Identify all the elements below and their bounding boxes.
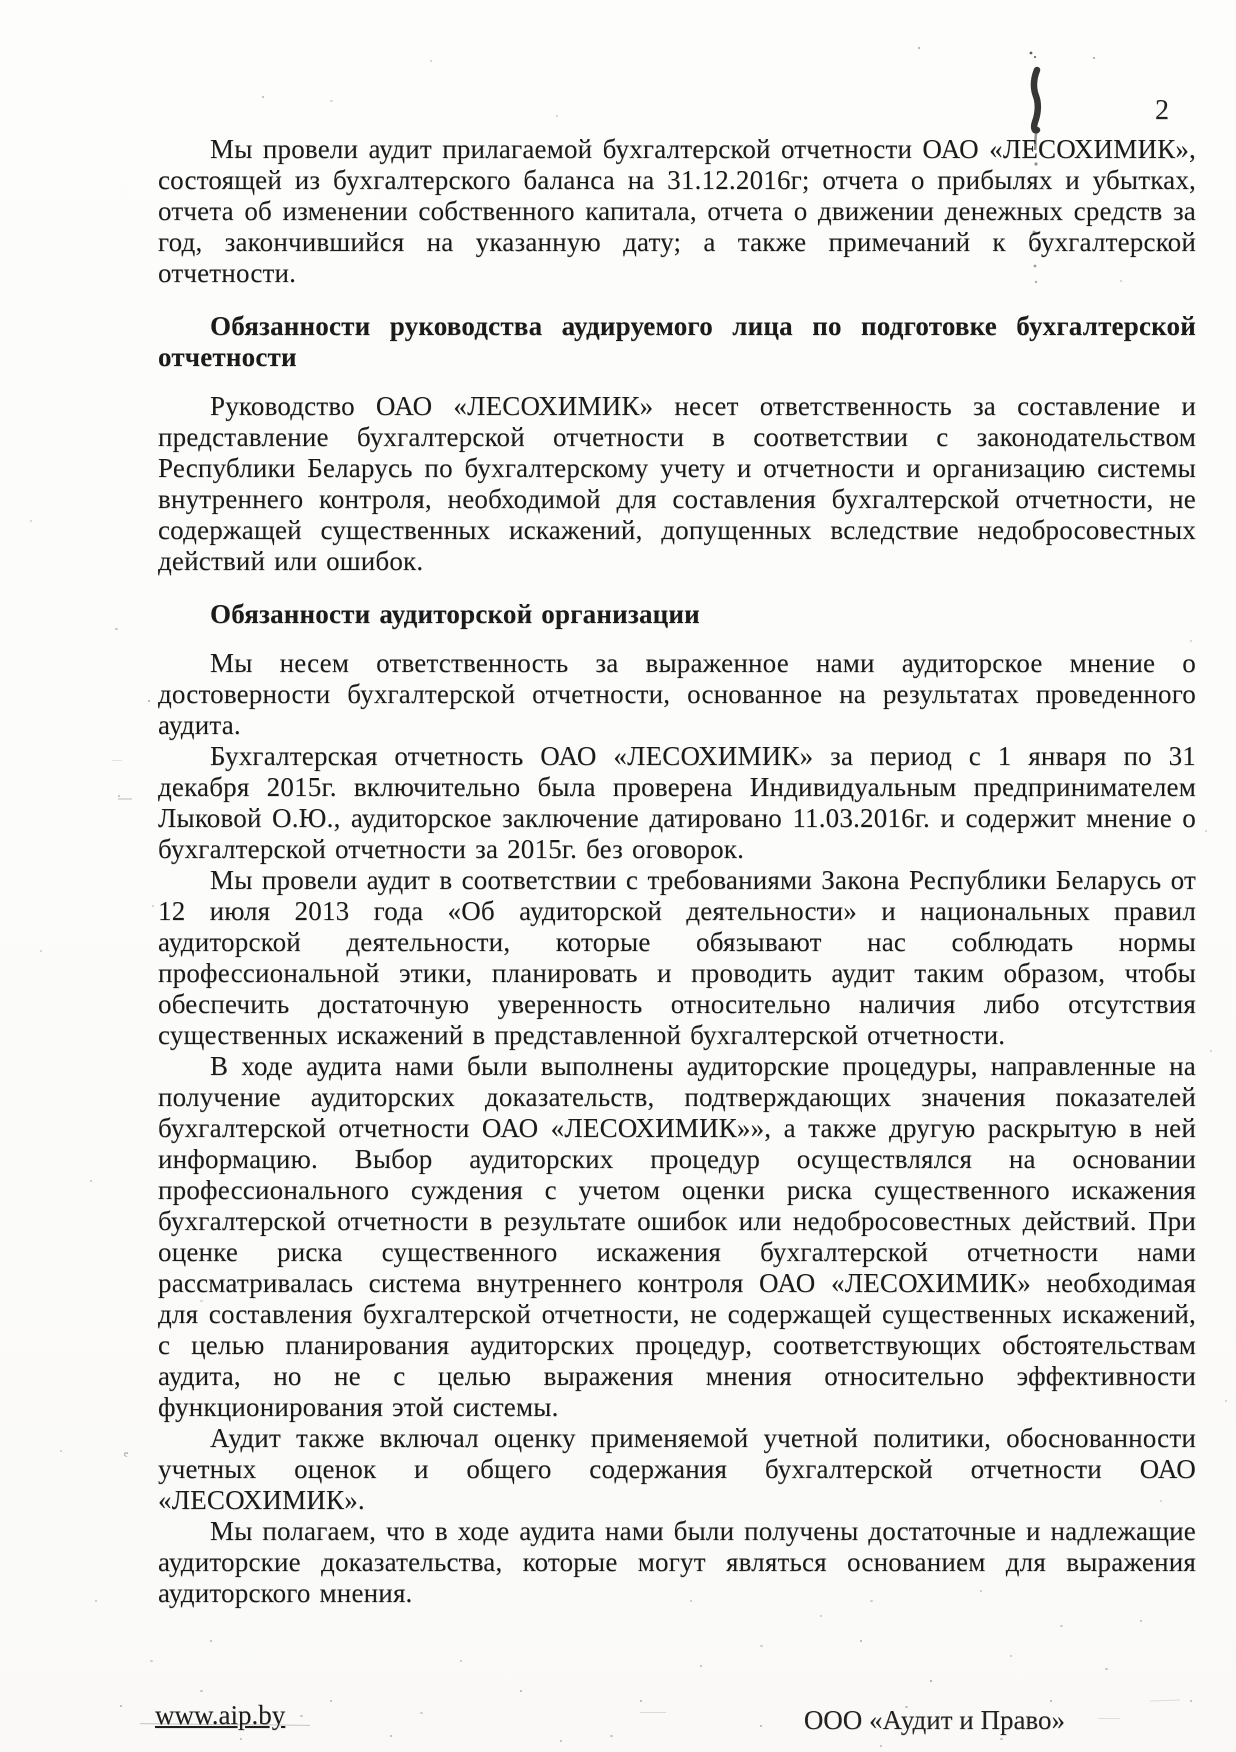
- paragraph-conclusion-basis: Мы полагаем, что в ходе аудита нами были…: [158, 1516, 1196, 1609]
- section-heading-management: Обязанности руководства аудируемого лица…: [158, 311, 1196, 373]
- footer-company: ООО «Аудит и Право»: [804, 1705, 1065, 1736]
- scan-streak: [112, 760, 122, 761]
- paragraph-auditor-duty: Мы несем ответственность за выраженное н…: [158, 648, 1196, 741]
- scan-streak: [640, 1712, 666, 1713]
- document-body: Мы провели аудит прилагаемой бухгалтерск…: [158, 134, 1196, 1609]
- paragraph-policy-evaluation: Аудит также включал оценку применяемой у…: [158, 1423, 1196, 1516]
- footer-website-link: www.aip.by: [155, 1700, 285, 1731]
- scan-speckle-layer-light: [0, 0, 3, 2]
- paragraph-prior-audit-2015: Бухгалтерская отчетность ОАО «ЛЕСОХИМИК»…: [158, 741, 1196, 865]
- paragraph-audit-law: Мы провели аудит в соответствии с требов…: [158, 865, 1196, 1051]
- scan-streak: [118, 798, 132, 800]
- paragraph-intro-audit: Мы провели аудит прилагаемой бухгалтерск…: [158, 134, 1196, 289]
- paragraph-management-duty: Руководство ОАО «ЛЕСОХИМИК» несет ответс…: [158, 391, 1196, 577]
- scanned-document-page: ᵉ 2 Мы провели аудит прилагаемой бухгалт…: [0, 0, 1236, 1752]
- scan-margin-mark: ᵉ: [124, 1452, 128, 1462]
- section-heading-auditor: Обязанности аудиторской организации: [158, 599, 1196, 630]
- page-number: 2: [1155, 96, 1169, 126]
- paragraph-audit-procedures: В ходе аудита нами были выполнены аудито…: [158, 1051, 1196, 1423]
- scan-streak: [1098, 1718, 1120, 1719]
- scan-streak: [1150, 1699, 1180, 1701]
